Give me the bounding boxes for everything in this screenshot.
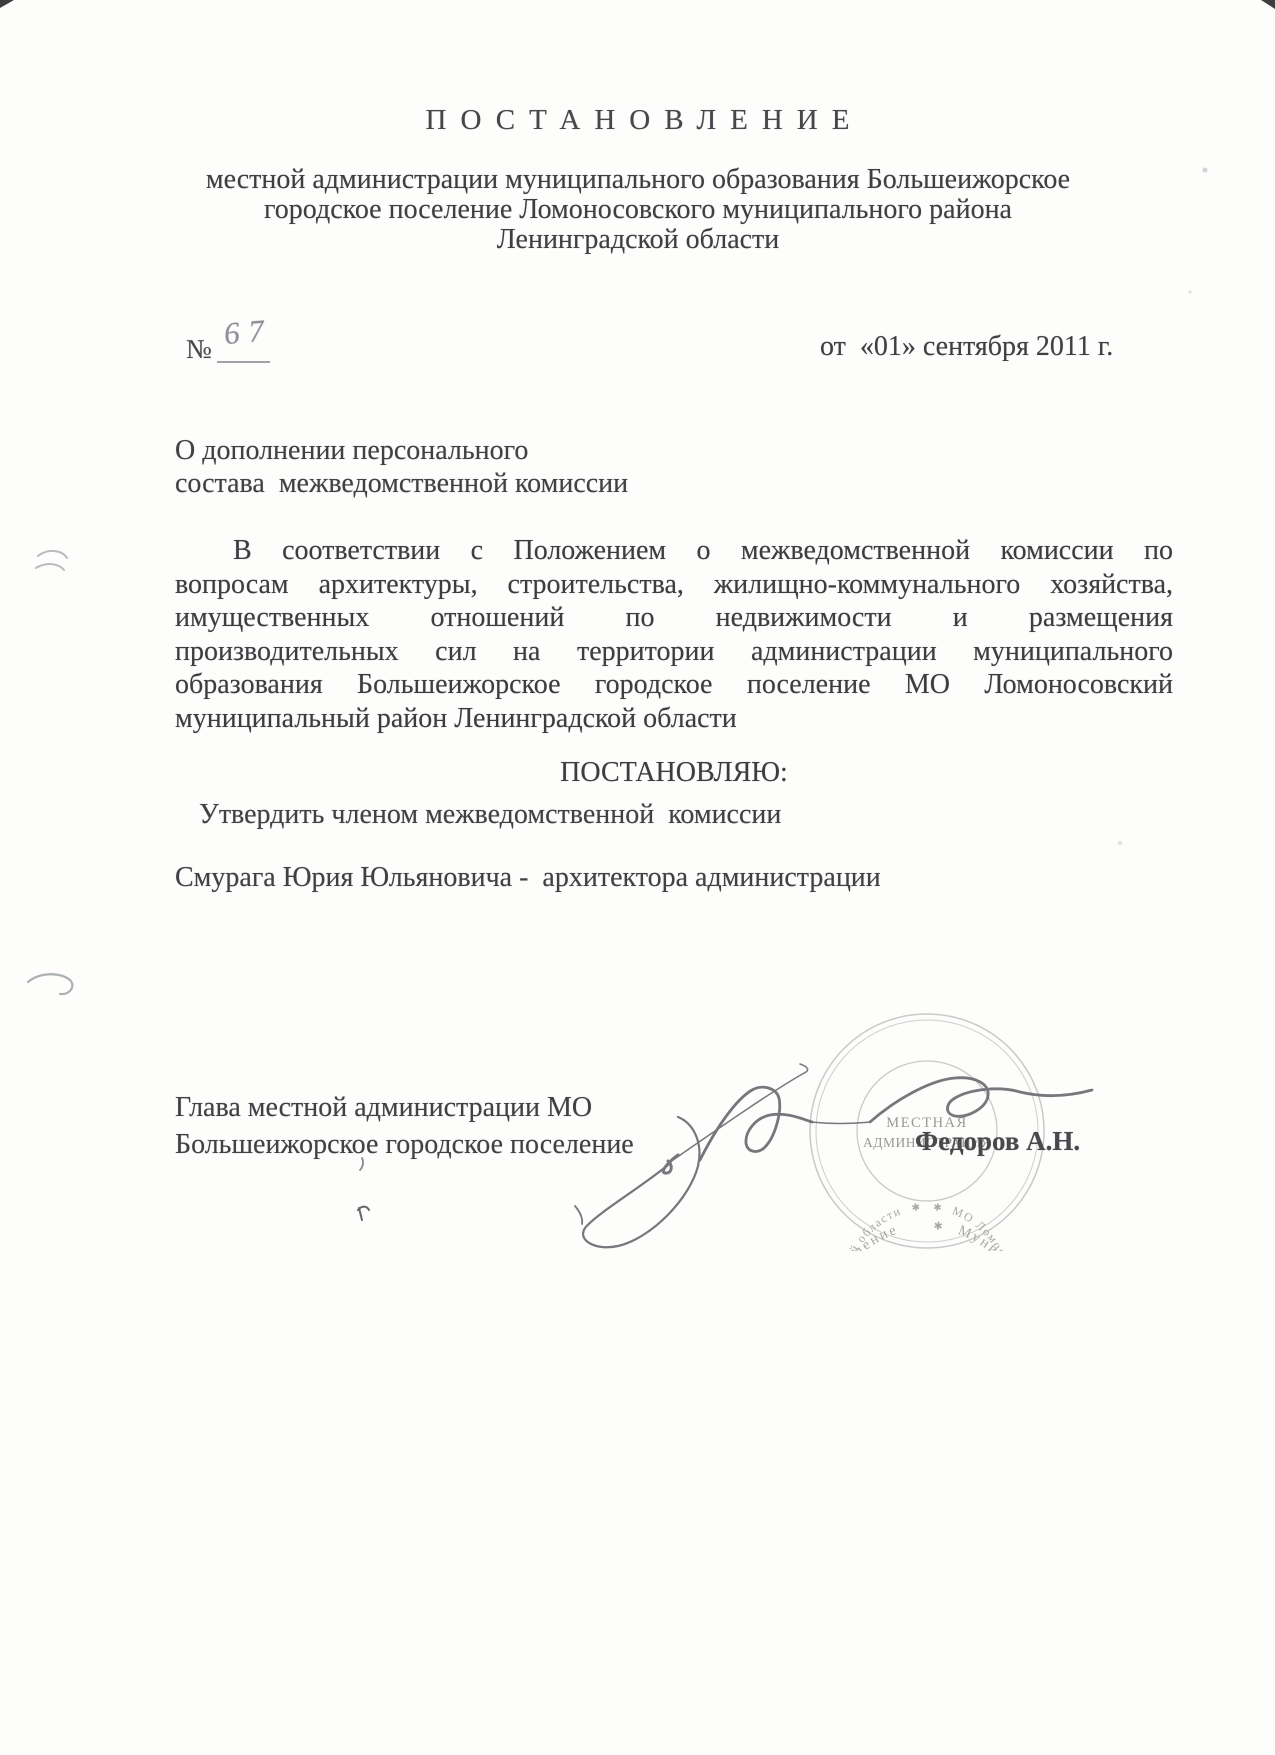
speck-dot-1 — [1203, 168, 1208, 173]
signature-upstroke — [673, 1064, 808, 1160]
issuing-organization: местной администрации муниципального обр… — [138, 165, 1138, 255]
stamp-star-inner-left: ✱ — [933, 1202, 943, 1214]
body-line-5: образования Большеижорское городское пос… — [175, 668, 1173, 702]
signatory-position-line-1: Глава местной администрации МО — [175, 1092, 592, 1124]
org-line-1: местной администрации муниципального обр… — [138, 165, 1138, 195]
subject-line-2: состава межведомственной комиссии — [175, 468, 628, 500]
svg-text:✱: ✱ — [911, 1202, 921, 1214]
stamp-star-outer: ✱ — [933, 1220, 943, 1233]
signature-letterform — [700, 1087, 812, 1160]
signatory-name: Федоров А.Н. — [915, 1126, 1080, 1157]
document-title: ПОСТАНОВЛЕНИЕ — [0, 104, 1275, 137]
document-date: от «01» сентября 2011 г. — [820, 331, 1113, 363]
body-line-4: производительных сил на территории админ… — [175, 635, 1173, 669]
body-line-1: В соответствии с Положением о межведомст… — [175, 534, 1173, 568]
body-line-2: вопросам архитектуры, строительства, жил… — [175, 568, 1173, 602]
subject-line-1: О дополнении персонального — [175, 435, 528, 467]
speck-r-mark — [358, 1207, 369, 1220]
body-line-3: имущественных отношений по недвижимости … — [175, 601, 1173, 635]
svg-text:✱: ✱ — [933, 1202, 943, 1214]
scan-corner-top-left — [0, 0, 14, 8]
resolution-item-1: Утвердить членом межведомственной комисс… — [199, 799, 781, 831]
document-number-handwritten: 67 — [223, 312, 275, 352]
org-line-3: Ленинградской области — [138, 225, 1138, 255]
scanned-document-page: ПОСТАНОВЛЕНИЕ местной администрации муни… — [0, 0, 1275, 1755]
stamp-star-inner-right: ✱ — [911, 1202, 921, 1214]
resolution-item-2: Смурага Юрия Юльяновича - архитектора ад… — [175, 862, 881, 894]
document-number-label: № — [186, 334, 212, 365]
speck-dot-3 — [1188, 290, 1192, 294]
scan-corner-top-right — [1261, 0, 1275, 9]
speck-dot-2 — [1118, 841, 1122, 845]
stamp-inner-text: МО Ломоносовского муниципального района … — [837, 1203, 1017, 1251]
resolution-heading: ПОСТАНОВЛЯЮ: — [175, 757, 1173, 789]
margin-squiggle-top — [36, 551, 67, 570]
svg-text:✱: ✱ — [933, 1220, 943, 1233]
number-underline — [217, 361, 270, 363]
org-line-2: городское поселение Ломоносовского муниц… — [138, 195, 1138, 225]
signatory-position-line-2: Большеижорское городское поселение — [175, 1129, 634, 1161]
signature-hook — [663, 1155, 678, 1173]
body-line-6: муниципальный район Ленинградской област… — [175, 702, 1173, 736]
margin-squiggle-bottom — [28, 974, 72, 994]
svg-text:МО Ломоносовского муниципально: МО Ломоносовского муниципального района … — [837, 1203, 1017, 1251]
body-paragraph: В соответствии с Положением о межведомст… — [175, 534, 1173, 735]
signature-tick — [575, 1206, 582, 1224]
